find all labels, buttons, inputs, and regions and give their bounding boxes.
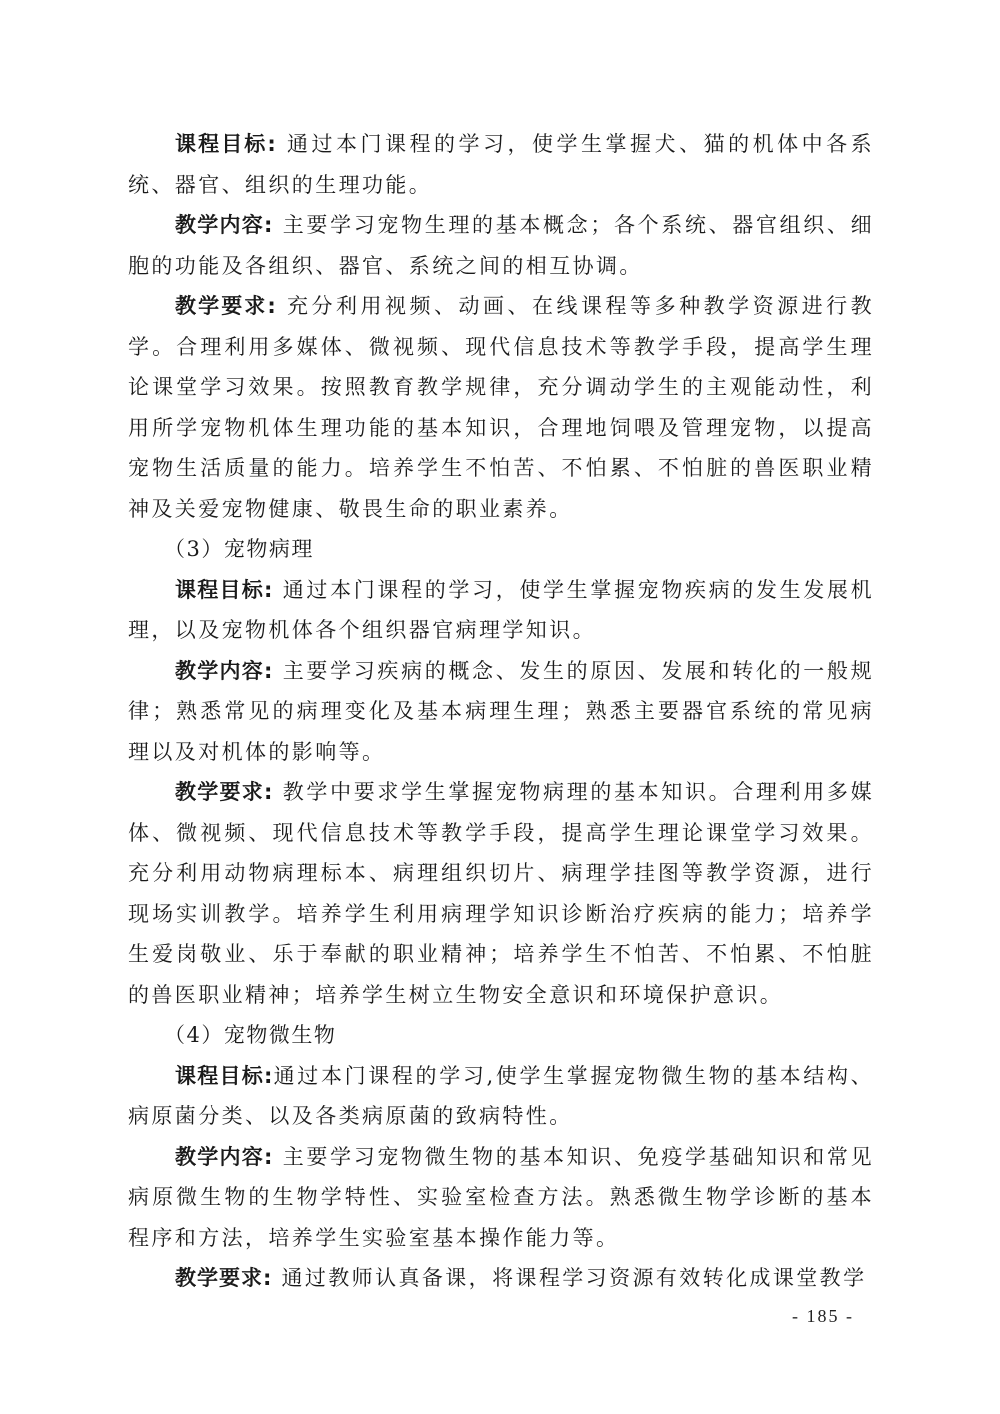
paragraph-course-goal: 课程目标:通过本门课程的学习,使学生掌握宠物微生物的基本结构、病原菌分类、以及各…	[128, 1056, 874, 1137]
label-teaching-requirements: 教学要求:	[175, 780, 273, 804]
page-number: - 185 -	[792, 1306, 854, 1327]
label-course-goal: 课程目标:	[175, 132, 277, 156]
paragraph-teaching-requirements: 教学要求: 教学中要求学生掌握宠物病理的基本知识。合理利用多媒体、微视频、现代信…	[128, 772, 874, 1015]
paragraph-text: 教学中要求学生掌握宠物病理的基本知识。合理利用多媒体、微视频、现代信息技术等教学…	[128, 780, 874, 1007]
label-teaching-requirements: 教学要求:	[175, 294, 277, 318]
paragraph-text: 通过教师认真备课，将课程学习资源有效转化成课堂教学	[272, 1266, 866, 1290]
label-teaching-content: 教学内容:	[175, 213, 273, 237]
label-course-goal: 课程目标:	[175, 578, 273, 602]
paragraph-teaching-requirements: 教学要求: 通过教师认真备课，将课程学习资源有效转化成课堂教学	[128, 1258, 874, 1299]
paragraph-text: 充分利用视频、动画、在线课程等多种教学资源进行教学。合理利用多媒体、微视频、现代…	[128, 294, 874, 521]
section-heading-pet-microbiology: （4）宠物微生物	[128, 1015, 874, 1056]
paragraph-course-goal: 课程目标: 通过本门课程的学习，使学生掌握犬、猫的机体中各系统、器官、组织的生理…	[128, 124, 874, 205]
label-teaching-requirements: 教学要求:	[175, 1266, 272, 1290]
label-teaching-content: 教学内容:	[175, 659, 273, 683]
section-heading-pet-pathology: （3）宠物病理	[128, 529, 874, 570]
document-page: 课程目标: 通过本门课程的学习，使学生掌握犬、猫的机体中各系统、器官、组织的生理…	[128, 124, 874, 1299]
paragraph-teaching-requirements: 教学要求: 充分利用视频、动画、在线课程等多种教学资源进行教学。合理利用多媒体、…	[128, 286, 874, 529]
paragraph-teaching-content: 教学内容: 主要学习宠物生理的基本概念；各个系统、器官组织、细胞的功能及各组织、…	[128, 205, 874, 286]
paragraph-teaching-content: 教学内容: 主要学习疾病的概念、发生的原因、发展和转化的一般规律；熟悉常见的病理…	[128, 651, 874, 773]
paragraph-teaching-content: 教学内容: 主要学习宠物微生物的基本知识、免疫学基础知识和常见病原微生物的生物学…	[128, 1137, 874, 1259]
paragraph-course-goal: 课程目标: 通过本门课程的学习，使学生掌握宠物疾病的发生发展机理，以及宠物机体各…	[128, 570, 874, 651]
label-teaching-content: 教学内容:	[175, 1145, 273, 1169]
label-course-goal: 课程目标:	[175, 1064, 273, 1088]
